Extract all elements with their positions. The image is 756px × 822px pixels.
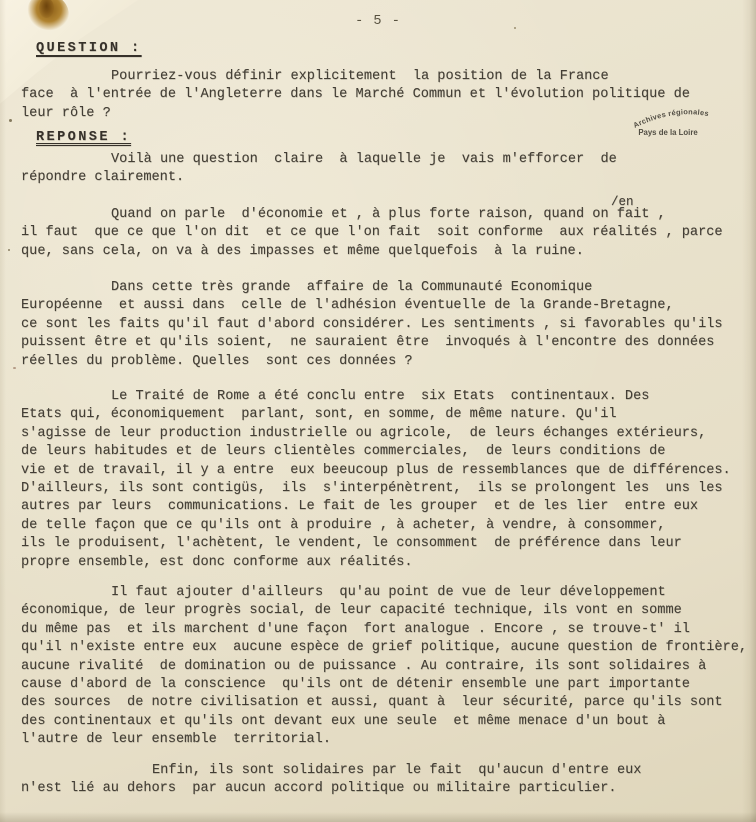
paper-speck <box>13 367 16 369</box>
response-label: REPONSE : <box>36 129 131 147</box>
response-line: Voilà une question claire à laquelle je … <box>21 151 751 169</box>
response-line: des sources de notre civilisation et aus… <box>21 694 751 712</box>
response-line: des continentaux et qu'ils ont devant eu… <box>21 713 751 731</box>
scan-edge-left <box>0 0 6 822</box>
response-paragraph: Il faut ajouter d'ailleurs qu'au point d… <box>21 584 751 750</box>
question-label: QUESTION : <box>36 40 142 58</box>
response-line: autres par leurs communications. Le fait… <box>21 498 751 516</box>
response-line: il faut que ce que l'on dit et ce que l'… <box>21 224 751 242</box>
response-line: Etats qui, économiquement parlant, sont,… <box>21 406 751 424</box>
response-paragraph: Voilà une question claire à laquelle je … <box>21 151 751 188</box>
response-paragraph: Dans cette très grande affaire de la Com… <box>21 279 751 371</box>
response-paragraph: Enfin, ils sont solidaires par le fait q… <box>21 762 751 799</box>
response-line: que, sans cela, on va à des impasses et … <box>21 243 751 261</box>
paper-speck <box>9 119 12 122</box>
response-line: Quand on parle d'économie et , à plus fo… <box>21 206 751 224</box>
scanned-document-page: - 5 - QUESTION : Pourriez-vous définir e… <box>0 0 756 822</box>
svg-text:Archives régionales: Archives régionales <box>632 107 710 130</box>
response-line: n'est lié au dehors par aucun accord pol… <box>21 780 751 798</box>
response-line: Enfin, ils sont solidaires par le fait q… <box>21 762 751 780</box>
response-line: qu'il n'existe entre eux aucune espèce d… <box>21 639 751 657</box>
response-line: puissent être et qu'ils soient, ne saura… <box>21 334 751 352</box>
response-paragraph: Le Traité de Rome a été conclu entre six… <box>21 388 751 572</box>
scan-edge-bottom <box>0 812 756 822</box>
scan-edge-right <box>742 0 756 822</box>
response-line: cause d'abord de la conscience qu'ils on… <box>21 676 751 694</box>
paper-speck <box>8 249 10 251</box>
stamp-arc-text: Archives régionales <box>632 107 710 130</box>
response-line: Dans cette très grande affaire de la Com… <box>21 279 751 297</box>
response-line: D'ailleurs, ils sont contigüs, ils s'int… <box>21 480 751 498</box>
stamp-bottom-text: Pays de la Loire <box>638 128 698 137</box>
response-line: l'autre de leur ensemble territorial. <box>21 731 751 749</box>
response-line: Le Traité de Rome a été conclu entre six… <box>21 388 751 406</box>
response-line: économique, de leur progrès social, de l… <box>21 602 751 620</box>
response-line: répondre clairement. <box>21 169 751 187</box>
response-line: ils le produisent, l'achètent, le venden… <box>21 535 751 553</box>
page-number: - 5 - <box>0 13 756 31</box>
response-line: aucune rivalité de domination ou de puis… <box>21 658 751 676</box>
response-line: vie et de travail, il y a entre eux beeu… <box>21 462 751 480</box>
response-line: ce sont les faits qu'il faut d'abord con… <box>21 316 751 334</box>
question-line: face à l'entrée de l'Angleterre dans le … <box>21 86 751 104</box>
response-line: Il faut ajouter d'ailleurs qu'au point d… <box>21 584 751 602</box>
response-line: du même pas et ils marchent d'une façon … <box>21 621 751 639</box>
response-line: propre ensemble, est donc conforme aux r… <box>21 554 751 572</box>
response-line: de leurs habitudes et de leurs clientèle… <box>21 443 751 461</box>
response-line: réelles du problème. Quelles sont ces do… <box>21 353 751 371</box>
question-line: Pourriez-vous définir explicitement la p… <box>21 68 751 86</box>
response-line: s'agisse de leur production industrielle… <box>21 425 751 443</box>
response-line: de telle façon que ce qu'ils ont à produ… <box>21 517 751 535</box>
archive-stamp: Archives régionales Pays de la Loire <box>630 104 726 140</box>
response-paragraph: Quand on parle d'économie et , à plus fo… <box>21 206 751 261</box>
response-line: Européenne et aussi dans celle de l'adhé… <box>21 297 751 315</box>
